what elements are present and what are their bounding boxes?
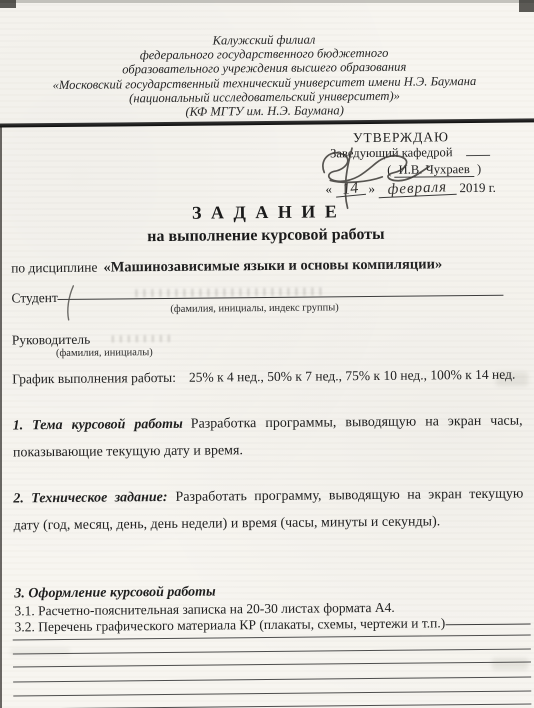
student-caption: (фамилия, инициалы, индекс группы) [140, 302, 370, 315]
schedule-line: График выполнения работы:25% к 4 нед., 5… [12, 367, 515, 388]
erased-text-smudge [112, 335, 170, 343]
blank-line [13, 661, 531, 667]
formatting-item-2: 3.2. Перечень графического материала КР … [15, 615, 446, 635]
student-fill-line [58, 295, 504, 300]
handwritten-month: февраля [378, 181, 457, 198]
paren-close: ) [477, 162, 481, 176]
blank-line [13, 676, 531, 682]
technical-paragraph: 2. Техническое задание:Разработать прогр… [13, 481, 523, 540]
topic-paragraph: 1. Тема курсовой работыРазработка програ… [13, 408, 523, 467]
scanned-assignment-page: Калужский филиал федерального государств… [0, 0, 534, 708]
role-blank-line [467, 155, 491, 156]
document-title: З А Д А Н И Е [0, 199, 533, 225]
approval-role-text: Заведующий кафедрой [330, 145, 453, 160]
university-header: Калужский филиал федерального государств… [0, 30, 532, 120]
schedule-value: 25% к 4 нед., 50% к 7 нед., 75% к 10 нед… [189, 367, 515, 385]
year-label: 2019 г. [459, 180, 496, 195]
quote-close: » [368, 181, 375, 196]
blank-line [13, 648, 531, 654]
blank-line [13, 690, 531, 696]
supervisor-caption: (фамилия, инициалы) [56, 347, 153, 359]
handwritten-day: 14 [335, 181, 366, 198]
discipline-line: по дисциплине«Машинозависимые языки и ос… [11, 256, 442, 277]
schedule-label: График выполнения работы: [12, 370, 176, 387]
supervisor-label: Руководитель [12, 332, 91, 349]
erased-text-smudge [136, 287, 326, 297]
student-label: Студент [11, 290, 58, 306]
blank-line [13, 703, 531, 708]
blank-line [13, 634, 531, 640]
approval-signer-name: ( И.В. Чухраев ) [387, 162, 481, 178]
quote-open: « [325, 181, 332, 196]
document-subtitle: на выполнение курсовой работы [0, 224, 533, 247]
approval-approved-label: УТВЕРЖДАЮ [353, 129, 449, 146]
topic-heading: 1. Тема курсовой работы [13, 417, 183, 434]
discipline-prefix: по дисциплине [11, 260, 97, 276]
approval-role-label: Заведующий кафедрой [330, 145, 491, 162]
formatting-heading: 3. Оформление курсовой работы [14, 585, 216, 603]
technical-heading: 2. Техническое задание: [13, 490, 167, 506]
signer-name-text: И.В. Чухраев [395, 162, 474, 178]
item-2-blank-line [445, 623, 530, 625]
paren-open: ( [387, 163, 391, 177]
discipline-name: «Машинозависимые языки и основы компиляц… [103, 256, 442, 275]
approval-date-line: « 14 » февраля 2019 г. [325, 180, 496, 198]
